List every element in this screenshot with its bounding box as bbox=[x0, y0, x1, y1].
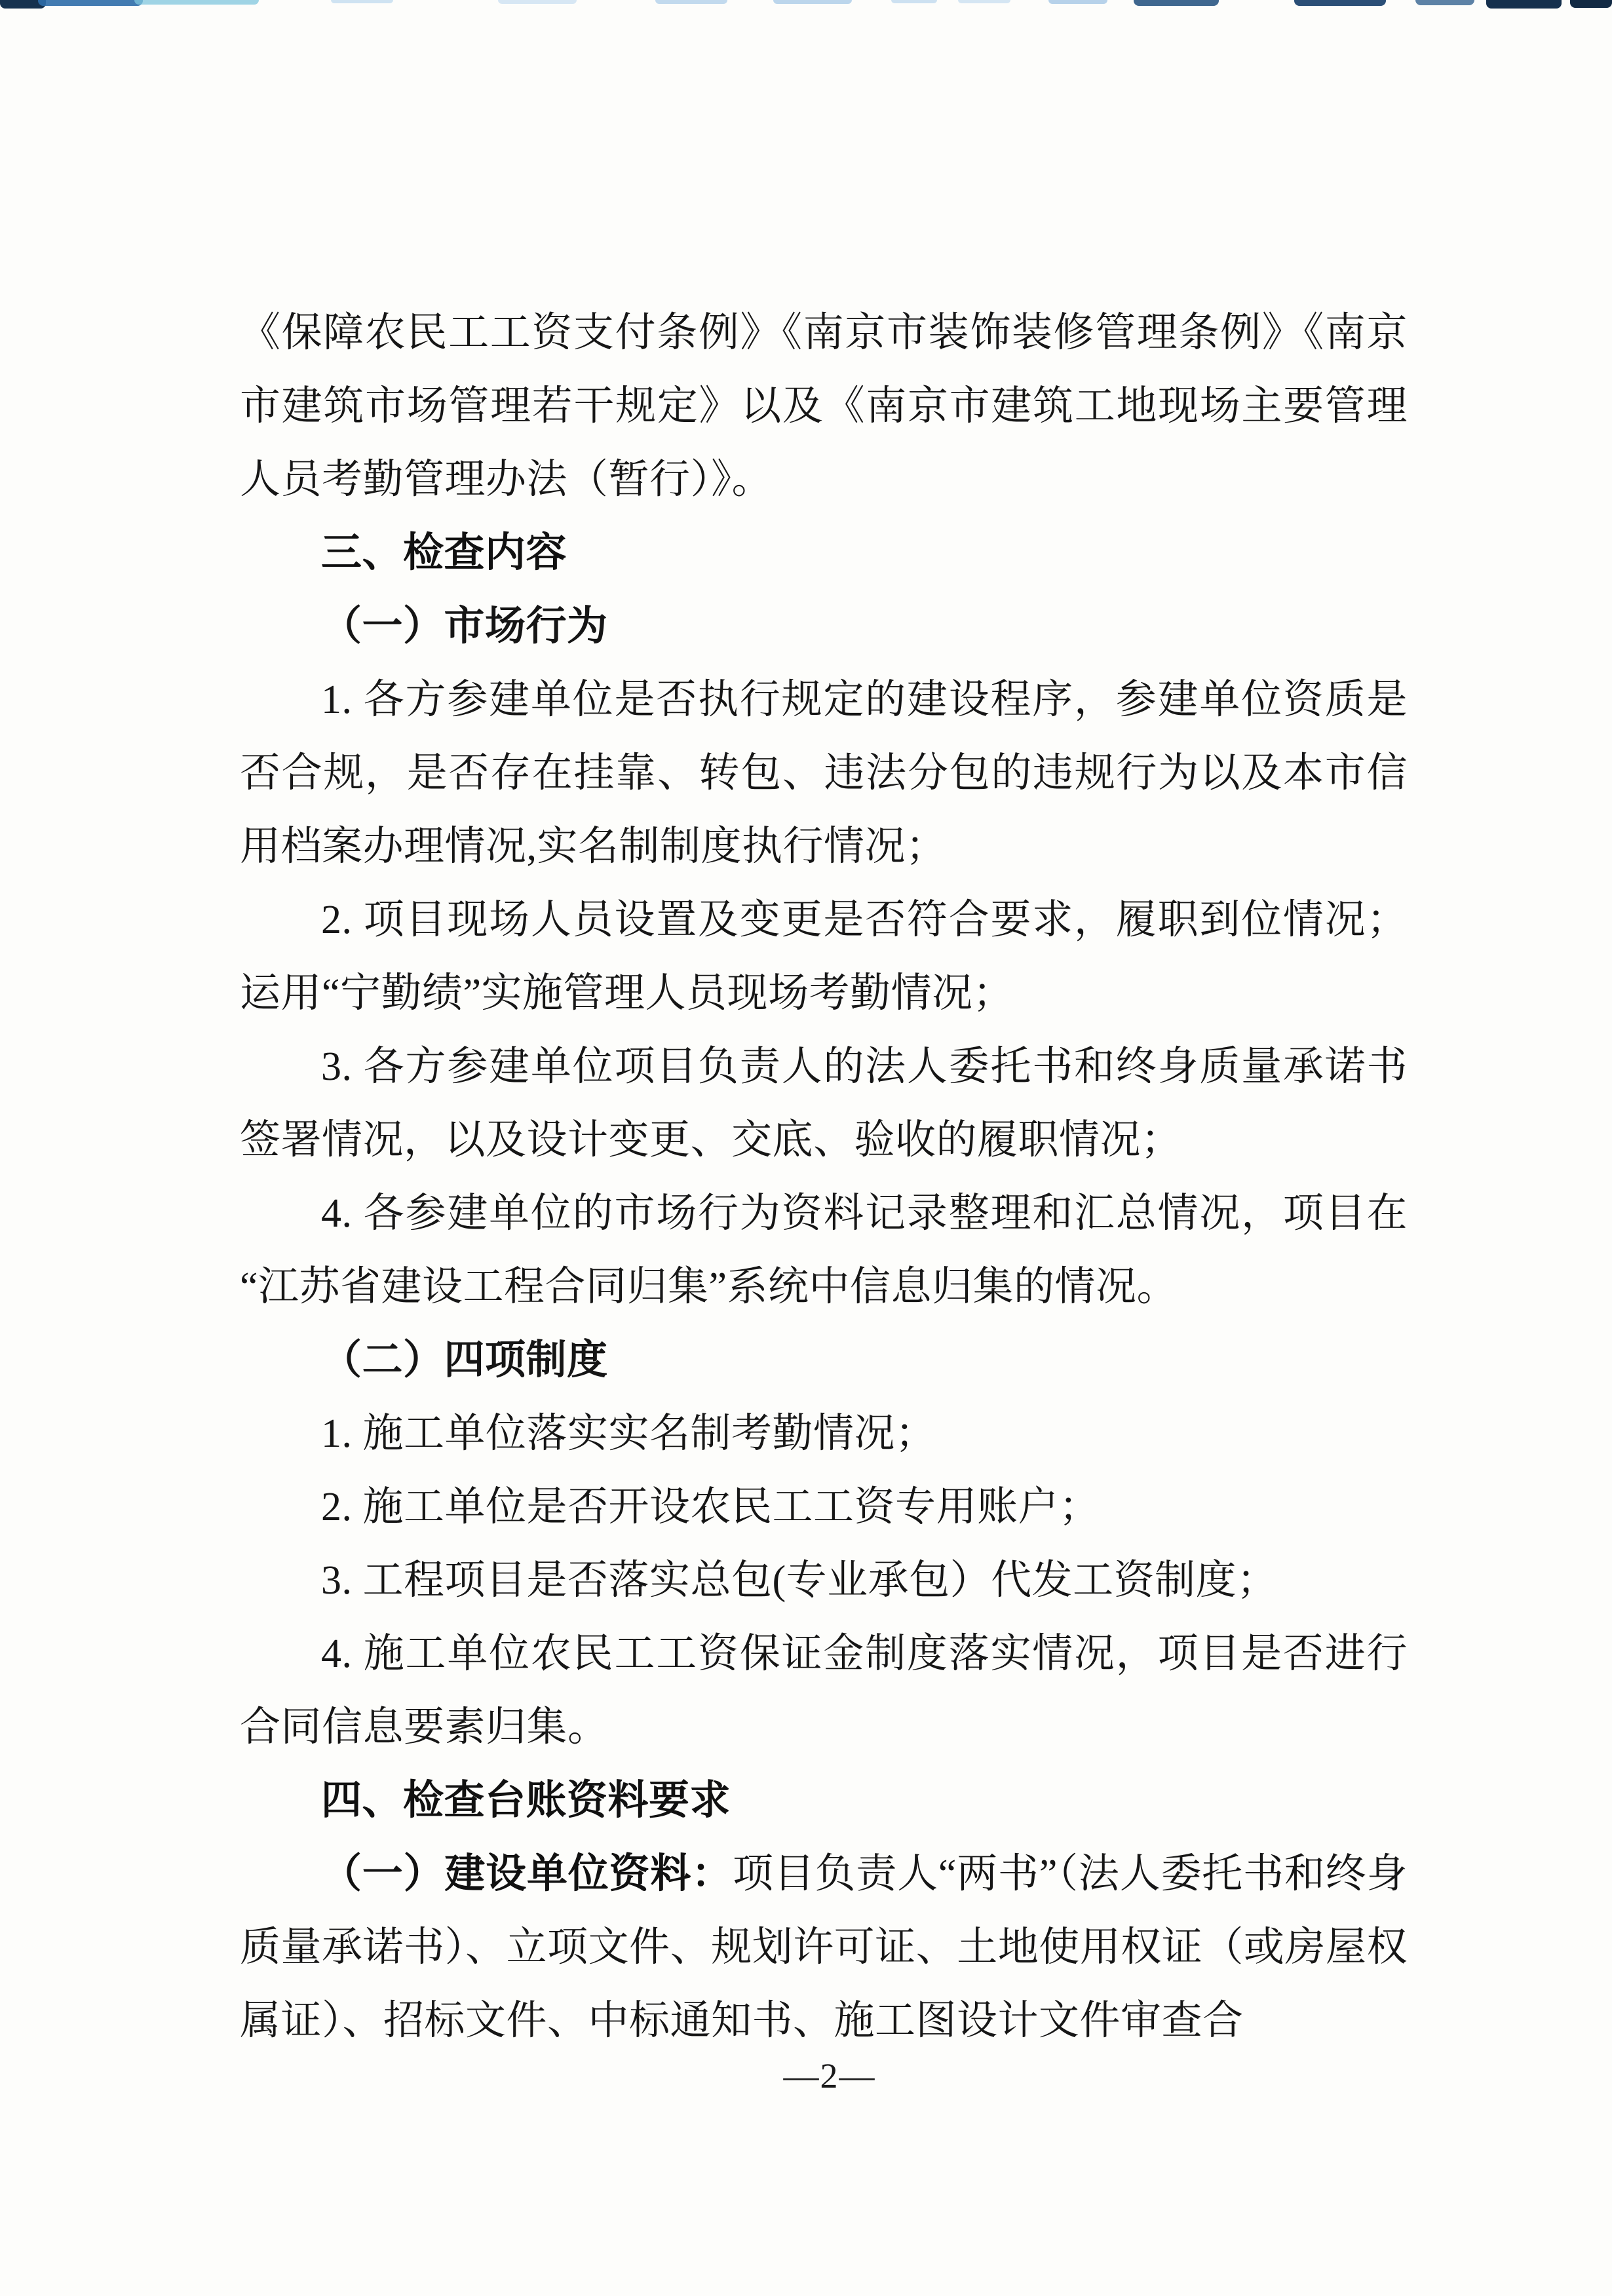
artifact-dash bbox=[1486, 0, 1562, 9]
four-systems-item-3: 3. 工程项目是否落实总包(专业承包）代发工资制度； bbox=[240, 1544, 1408, 1617]
scanned-document-page: 《保障农民工工资支付条例》《南京市装饰装修管理条例》《南京市建筑市场管理若干规定… bbox=[0, 0, 1612, 2296]
artifact-dash bbox=[1415, 0, 1474, 5]
artifact-dash bbox=[38, 0, 143, 6]
artifact-dash bbox=[134, 0, 259, 5]
artifact-dash bbox=[331, 0, 393, 3]
scanner-edge-artifact bbox=[0, 0, 1612, 10]
artifact-dash bbox=[1048, 0, 1107, 4]
four-systems-item-1: 1. 施工单位落实实名制考勤情况； bbox=[240, 1397, 1408, 1470]
paragraph-regulations-continuation: 《保障农民工工资支付条例》《南京市装饰装修管理条例》《南京市建筑市场管理若干规定… bbox=[240, 296, 1408, 516]
artifact-dash bbox=[1570, 0, 1612, 8]
document-body: 《保障农民工工资支付条例》《南京市装饰装修管理条例》《南京市建筑市场管理若干规定… bbox=[240, 296, 1408, 2057]
artifact-dash bbox=[958, 0, 1010, 3]
four-systems-item-4: 4. 施工单位农民工工资保证金制度落实情况，项目是否进行合同信息要素归集。 bbox=[240, 1617, 1408, 1764]
subheading-four-systems: （二）四项制度 bbox=[240, 1324, 1408, 1397]
market-behavior-item-1: 1. 各方参建单位是否执行规定的建设程序，参建单位资质是否合规，是否存在挂靠、转… bbox=[240, 663, 1408, 883]
market-behavior-item-3: 3. 各方参建单位项目负责人的法人委托书和终身质量承诺书签署情况，以及设计变更、… bbox=[240, 1030, 1408, 1177]
artifact-dash bbox=[891, 0, 937, 3]
market-behavior-item-2: 2. 项目现场人员设置及变更是否符合要求，履职到位情况；运用“宁勤绩”实施管理人… bbox=[240, 883, 1408, 1030]
subheading-market-behavior: （一）市场行为 bbox=[240, 590, 1408, 663]
page-number: —2— bbox=[784, 2055, 876, 2097]
artifact-dash bbox=[773, 0, 852, 4]
heading-section-4: 四、检查台账资料要求 bbox=[240, 1764, 1408, 1837]
paragraph-construction-unit-materials: （一）建设单位资料：项目负责人“两书”（法人委托书和终身质量承诺书）、立项文件、… bbox=[240, 1837, 1408, 2057]
artifact-dash bbox=[498, 0, 577, 4]
four-systems-item-2: 2. 施工单位是否开设农民工工资专用账户； bbox=[240, 1470, 1408, 1544]
market-behavior-item-4: 4. 各参建单位的市场行为资料记录整理和汇总情况，项目在“江苏省建设工程合同归集… bbox=[240, 1177, 1408, 1324]
heading-section-3: 三、检查内容 bbox=[240, 516, 1408, 590]
construction-unit-materials-lead: （一）建设单位资料： bbox=[321, 1851, 733, 1896]
artifact-dash bbox=[1134, 0, 1219, 6]
artifact-dash bbox=[1294, 0, 1386, 6]
artifact-dash bbox=[655, 0, 727, 4]
